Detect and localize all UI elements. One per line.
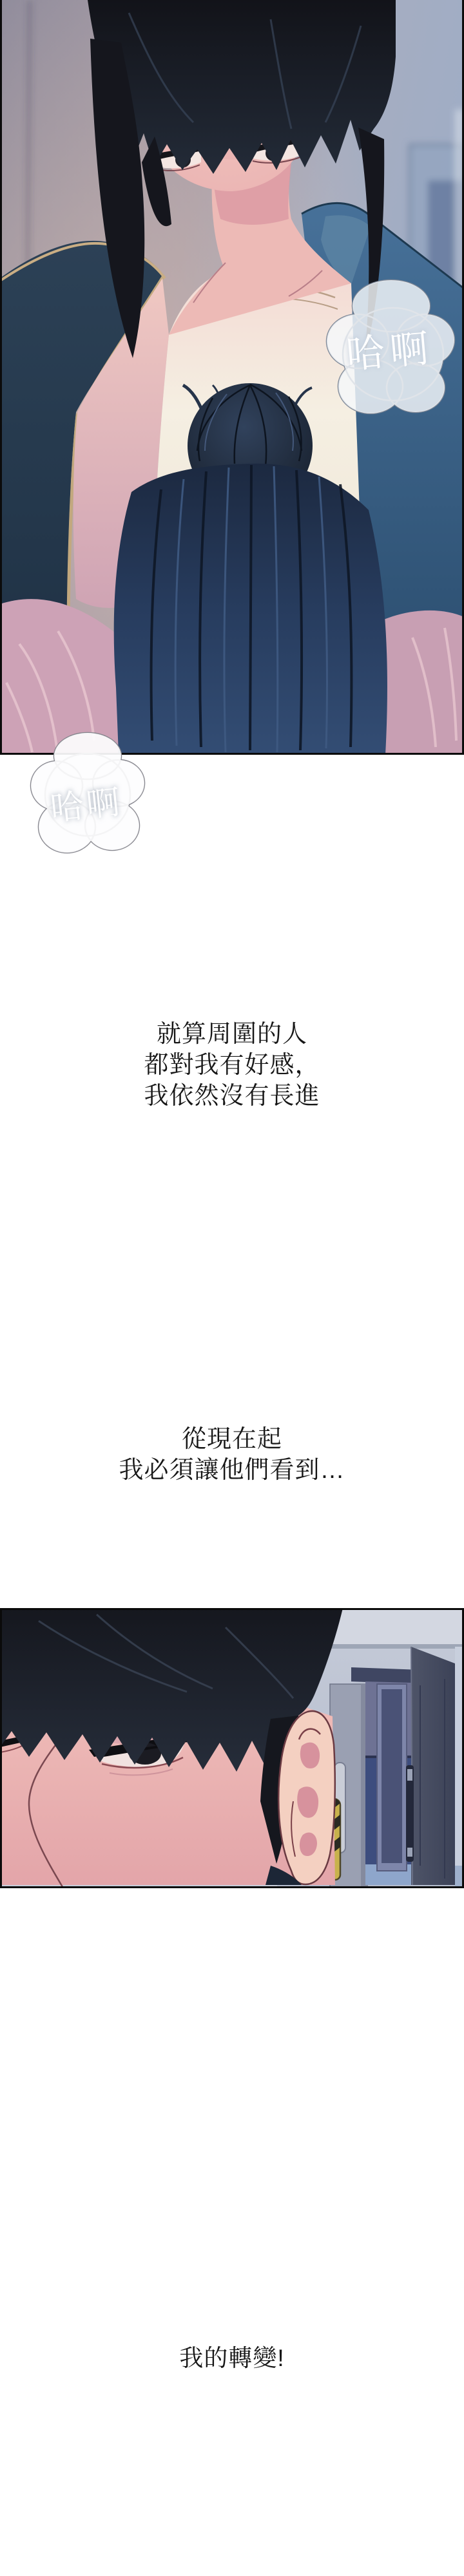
closeup-ear xyxy=(278,1711,335,1884)
narration1-line3: 我依然沒有長進 xyxy=(0,1081,464,1112)
narration3-text: 我的轉變! xyxy=(0,2343,464,2374)
narration-block-1: 就算周圍的人 都對我有好感， 我依然沒有長進 xyxy=(0,1019,464,1112)
panel-1: 哈啊 哈啊 xyxy=(0,0,464,755)
webtoon-page: 哈啊 哈啊 哈啊 哈啊 就算周圍的人 都對我有好感， 我依然沒有長進 從現在起 … xyxy=(0,0,464,2576)
narration1-line1: 就算周圍的人 xyxy=(0,1019,464,1050)
man-closeup-face xyxy=(0,1608,343,1887)
bubble-left-text: 哈啊 xyxy=(48,784,124,828)
speech-bubble-left: 哈啊 哈啊 xyxy=(18,719,157,876)
narration-block-3: 我的轉變! xyxy=(0,2343,464,2374)
narration1-line2: 都對我有好感， xyxy=(0,1050,464,1081)
narration2-line2: 我必須讓他們看到… xyxy=(0,1455,464,1486)
panel-2 xyxy=(0,1608,464,1888)
narration-block-2: 從現在起 我必須讓他們看到… xyxy=(0,1424,464,1486)
narration2-line1: 從現在起 xyxy=(0,1424,464,1455)
open-door-leaf xyxy=(411,1647,455,1885)
woman-right-shoulder xyxy=(375,611,464,755)
bubble-right-text: 哈啊 xyxy=(344,326,435,377)
